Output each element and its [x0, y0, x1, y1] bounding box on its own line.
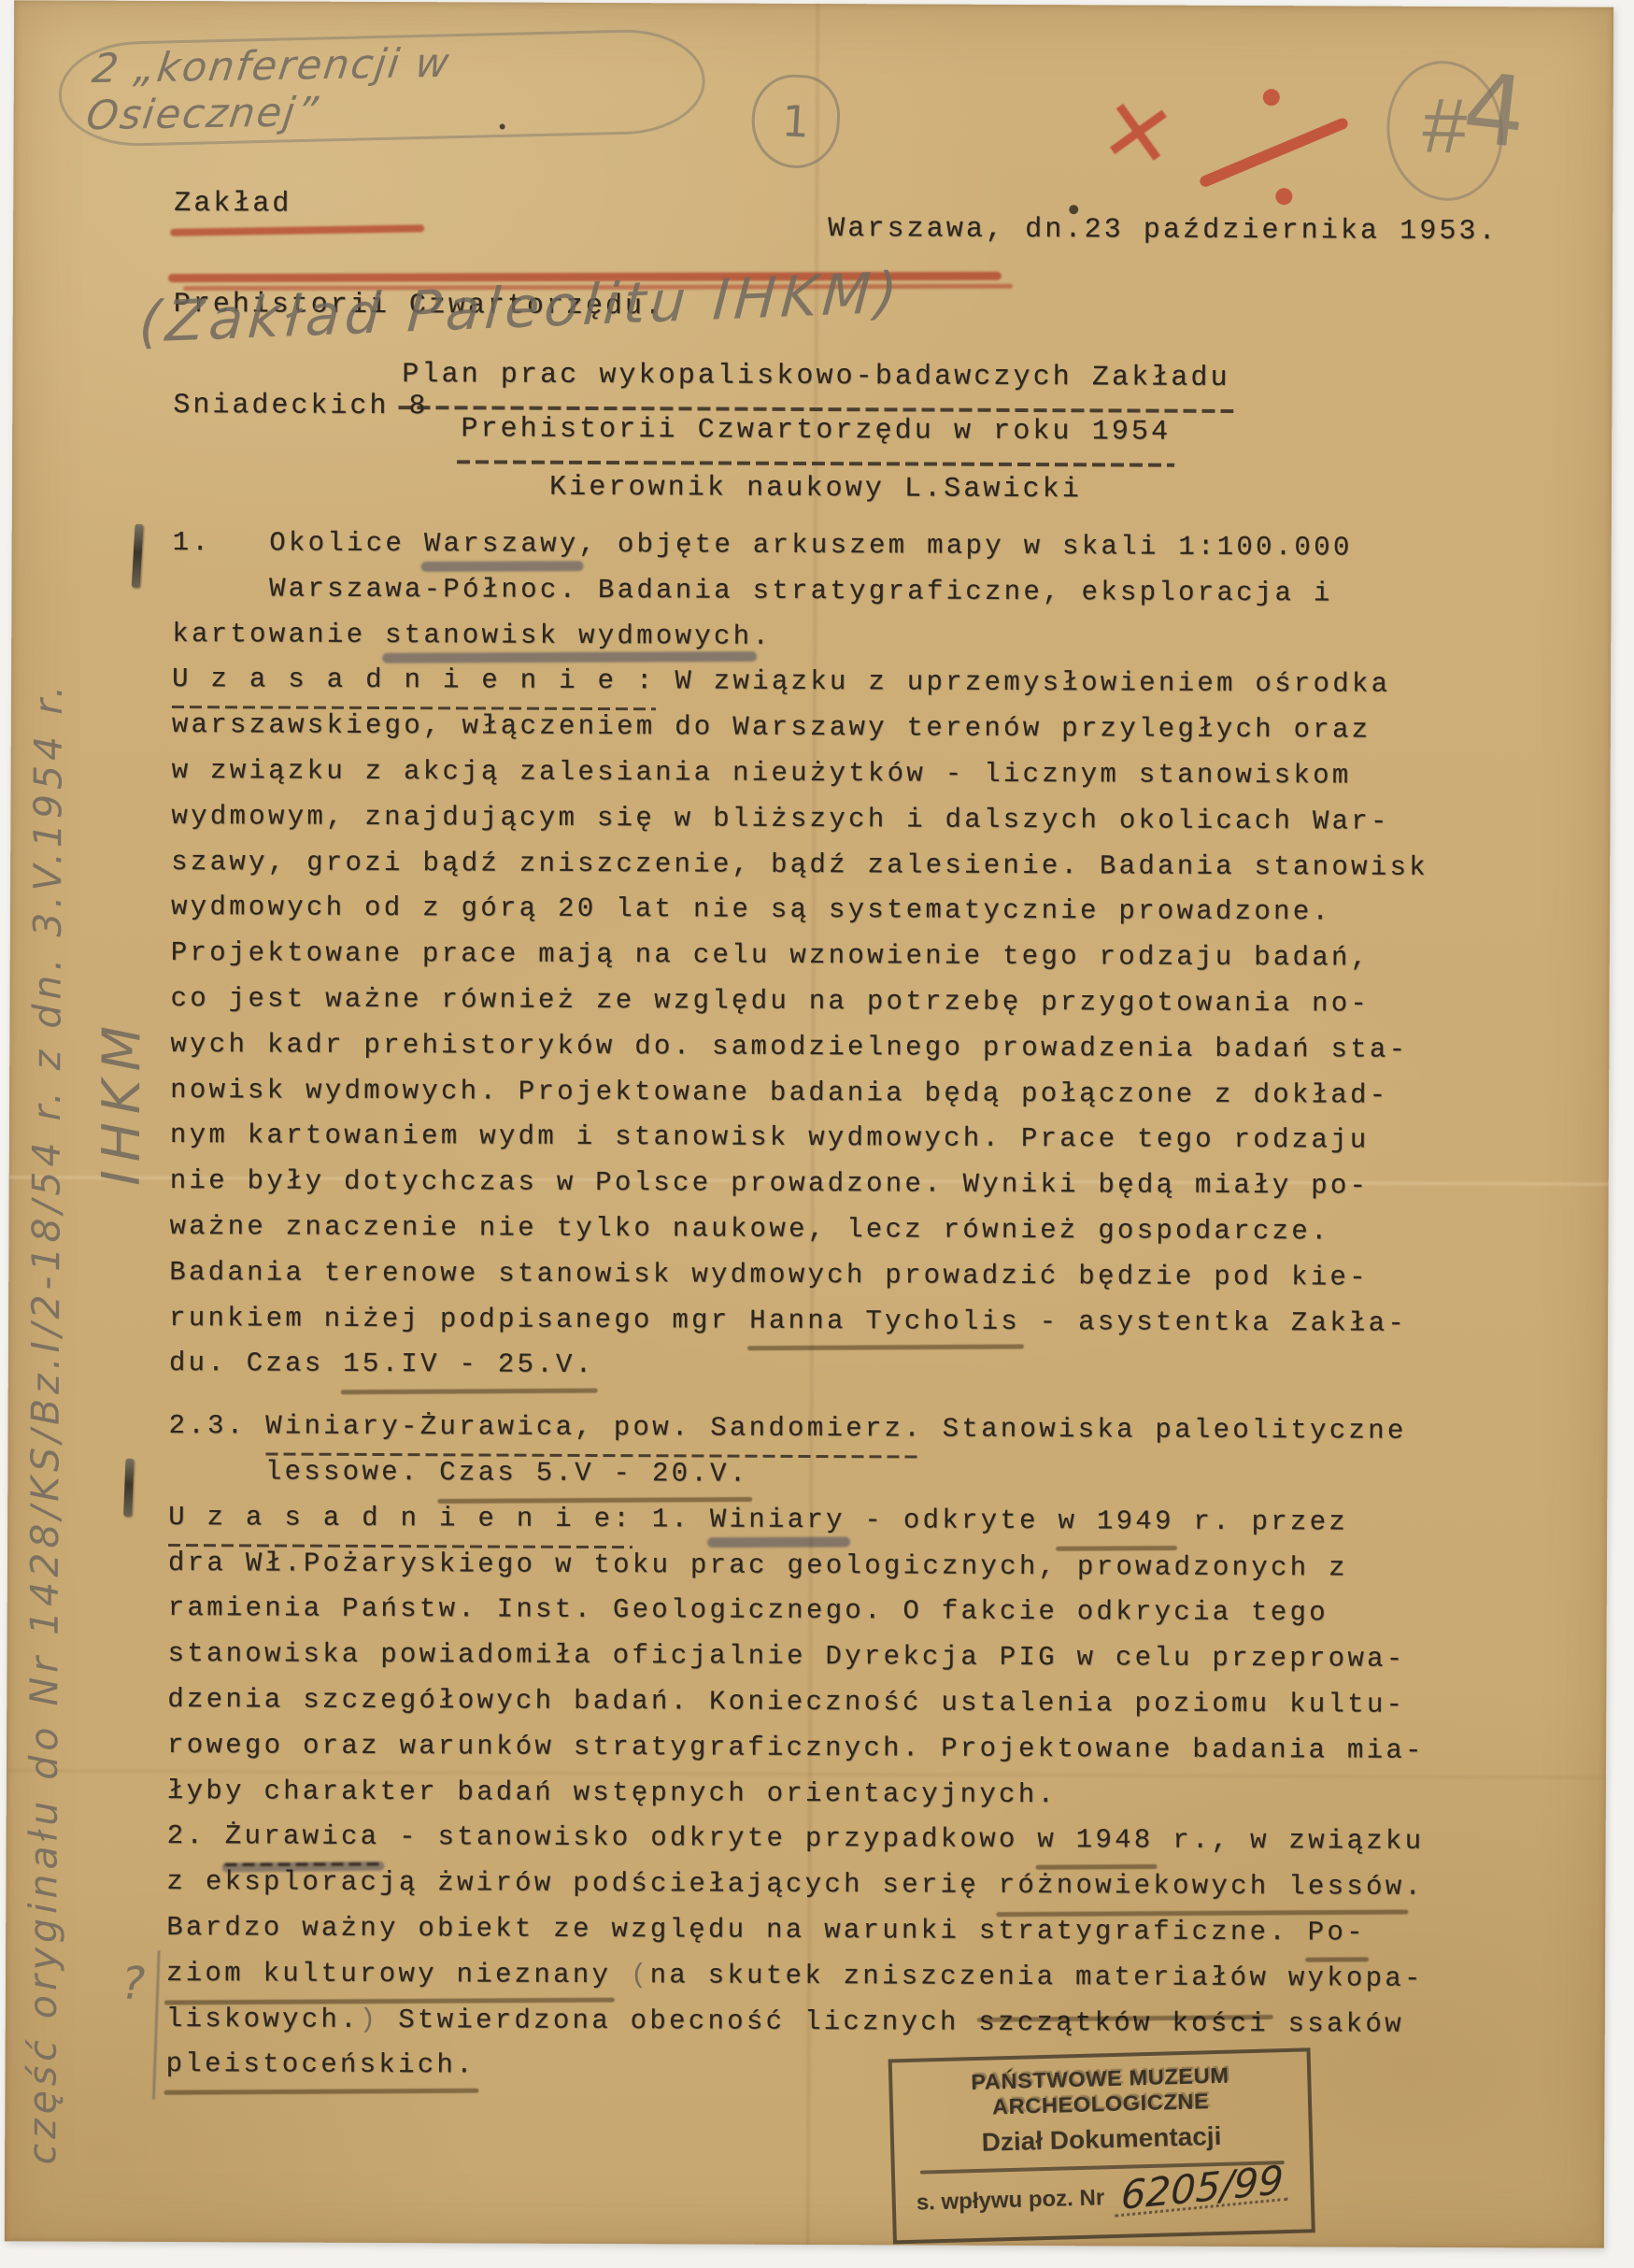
typewriter-line: łyby charakter badań wstępnych orientacy… [167, 1769, 1425, 1820]
typewriter-line: rowego oraz warunków stratygraficznych. … [167, 1723, 1425, 1775]
annotated-text-segment: szczątków kości [978, 2000, 1269, 2047]
annotated-text-segment: 15.IV - 25.V. [343, 1342, 594, 1389]
typewriter-line: ziom kulturowy nieznany (na skutek znisz… [166, 1951, 1424, 2003]
text-segment: ramienia Państw. Inst. Geologicznego. O … [168, 1586, 1329, 1636]
annotated-text-segment: Czas 5.V - 20.V. [439, 1450, 748, 1497]
typewriter-line: co jest ważne również ze względu na potr… [170, 977, 1428, 1028]
typewriter-line: nowisk wydmowych. Projektowane badania b… [170, 1068, 1428, 1120]
annotated-text-segment: Po- [1308, 1910, 1366, 1956]
annotated-text-segment: stanowisk wydmowych [385, 613, 753, 661]
text-segment: . [752, 614, 772, 660]
text-segment: W związku z uprzemysłowieniem ośrodka [656, 660, 1391, 708]
museum-stamp: PAŃSTWOWE MUZEUM ARCHEOLOGICZNE Dział Do… [888, 2047, 1315, 2244]
typewriter-line: wydmowym, znajdującym się w bliższych i … [171, 794, 1428, 846]
typewriter-line: Bardzo ważny obiekt ze względu na warunk… [166, 1905, 1424, 1957]
ink-speck [1069, 205, 1078, 214]
text-segment: r. przez [1174, 1499, 1349, 1546]
text-segment: 2. [167, 1814, 225, 1860]
annotated-text-segment: U z a s a d n i e n i e: [168, 1495, 632, 1543]
margin-pencil-bar [152, 1950, 161, 2100]
title-line3: Kierownik naukowy L.Sawicki [549, 472, 1082, 506]
annotated-text-segment: różnowiekowych lessów [999, 1863, 1405, 1911]
text-segment: 1. [632, 1497, 710, 1543]
typewriter-line: 2. Żurawica - stanowisko odkryte przypad… [167, 1814, 1425, 1865]
annotated-text-segment: U z a s a d n i e n i e : [172, 657, 656, 705]
text-segment: 1. Okolice [173, 521, 424, 567]
typewriter-line: stanowiska powiadomiła oficjalnie Dyrekc… [167, 1632, 1425, 1683]
annotated-text-segment: ) [360, 1997, 379, 2043]
typewriter-line: kartowanie stanowisk wydmowych. [172, 612, 1429, 663]
typewriter-line: U z a s a d n i e n i e: 1. Winiary - od… [168, 1495, 1426, 1547]
stamp-number-handwritten: 6205/99 [1115, 2163, 1290, 2217]
typewriter-line: liskowych.) Stwierdzona obecność licznyc… [166, 1997, 1424, 2048]
text-segment: ważne znaczenie nie tylko naukowe, lecz … [169, 1205, 1329, 1255]
text-segment: nym kartowaniem wydm i stanowisk wydmowy… [170, 1113, 1370, 1163]
paper-sheet: 2 „konferencji w Osiecznej” 1 ✕ # 4 Zakł… [5, 0, 1613, 2247]
text-segment: . [1404, 1865, 1424, 1911]
text-segment: w związku z akcją zalesiania nieużytków … [172, 749, 1352, 799]
typewriter-line: w związku z akcją zalesiania nieużytków … [172, 749, 1429, 800]
staple [132, 524, 144, 588]
text-segment: ssaków [1269, 2002, 1404, 2047]
text-segment: 2.3. [168, 1404, 265, 1449]
title-line1: Plan prac wykopaliskowo-badawczych Zakła… [402, 348, 1230, 406]
text-segment: z eksploracją żwirów podściełających ser… [166, 1860, 998, 1909]
typewriter-line: U z a s a d n i e n i e : W związku z up… [172, 657, 1429, 708]
margin-question-mark: ? [121, 1958, 146, 2010]
annotated-text-segment: ( [631, 1953, 650, 1999]
document-title: Plan prac wykopaliskowo-badawczych Zakła… [255, 347, 1377, 518]
annotated-text-segment: Hanna Tycholis [749, 1298, 1020, 1345]
typewriter-line: wydmowych od z górą 20 lat nie są system… [171, 885, 1428, 936]
text-segment: szawy, grozi bądź zniszczenie, bądź zale… [171, 840, 1428, 892]
text-segment: , objęte arkuszem mapy w skali 1:100.000 [578, 522, 1352, 571]
typewriter-line: Warszawa-Północ. Badania stratygraficzne… [172, 566, 1429, 618]
text-segment: dra Wł.Pożaryskiego w toku prac geologic… [168, 1541, 1348, 1591]
text-segment: liskowych. [166, 1997, 360, 2044]
annotated-text-segment: Winiary [710, 1497, 845, 1543]
annotated-text-segment: Żurawica [225, 1815, 380, 1861]
text-segment: wych kadr prehistoryków do. samodzielneg… [170, 1022, 1408, 1074]
text-segment: Warszawa-Północ. Badania stratygraficzne… [172, 566, 1332, 617]
text-segment: co jest ważne również ze względu na potr… [170, 977, 1370, 1027]
page-number-text: 1 [781, 95, 811, 148]
red-x-mark: ✕ [1093, 78, 1182, 191]
date-line: Warszawa, dn.23 października 1953. [828, 213, 1499, 248]
circled-pencil-note: 2 „konferencji w Osiecznej” [58, 28, 706, 148]
typewriter-line: nym kartowaniem wydm i stanowisk wydmowy… [170, 1113, 1428, 1164]
typewriter-line: wych kadr prehistoryków do. samodzielneg… [170, 1022, 1428, 1074]
text-segment: stanowiska powiadomiła oficjalnie Dyrekc… [167, 1632, 1405, 1683]
typewriter-line: warszawskiego, włączeniem do Warszawy te… [172, 703, 1429, 754]
typewriter-line: runkiem niżej podpisanego mgr Hanna Tych… [169, 1296, 1427, 1348]
typewriter-line: Projektowane prace mają na celu wznowien… [171, 931, 1428, 982]
margin-vertical-note: część oryginału do Nr 1428/KS/Bz.I/2-18/… [20, 681, 71, 2165]
text-segment: na skutek zniszczenia materiałów wykopa- [649, 1953, 1423, 2002]
text-segment: Bardzo ważny obiekt ze względu na warunk… [166, 1905, 1308, 1956]
text-segment: kartowanie [172, 612, 385, 659]
annotated-text-segment: Winiary-Żurawica, pow. Sandomierz. [265, 1405, 923, 1453]
text-segment: nie były dotychczas w Polsce prowadzone.… [170, 1159, 1370, 1209]
typewriter-line: dra Wł.Pożaryskiego w toku prac geologic… [168, 1541, 1426, 1592]
typewriter-line: dzenia szczegółowych badań. Konieczność … [167, 1677, 1425, 1729]
annotated-text-segment: w 1948 [1037, 1818, 1153, 1863]
typewriter-line: z eksploracją żwirów podściełających ser… [166, 1860, 1424, 1911]
text-segment: wydmowym, znajdującym się w bliższych i … [171, 794, 1389, 845]
text-segment: lessowe. [168, 1449, 439, 1496]
text-segment [611, 1953, 631, 1999]
annotated-text-segment: ziom kulturowy nieznany [166, 1951, 611, 1999]
typewriter-line: ważne znaczenie nie tylko naukowe, lecz … [169, 1205, 1427, 1256]
text-segment: r., w związku [1153, 1819, 1424, 1865]
letterhead-line1: Zakład [174, 188, 291, 221]
stamp-institution: PAŃSTWOWE MUZEUM ARCHEOLOGICZNE [896, 2061, 1305, 2123]
text-segment: runkiem niżej podpisanego mgr [169, 1296, 749, 1345]
text-segment: Badania terenowe stanowisk wydmowych pro… [169, 1250, 1369, 1301]
text-segment: wydmowych od z górą 20 lat nie są system… [171, 885, 1331, 935]
red-division-mark [1192, 82, 1354, 207]
text-segment: du. Czas [169, 1341, 344, 1388]
text-segment: - stanowisko odkryte przypadkowo [379, 1815, 1037, 1863]
annotated-text-segment: w 1949 [1058, 1499, 1173, 1545]
text-segment: łyby charakter badań wstępnych orientacy… [167, 1769, 1058, 1819]
circled-note-text: 2 „konferencji w Osiecznej” [84, 36, 680, 140]
text-segment: nowisk wydmowych. Projektowane badania b… [170, 1068, 1388, 1119]
document-body: 1. Okolice Warszawy, objęte arkuszem map… [165, 521, 1429, 2093]
text-segment: Stanowiska paleolityczne [923, 1407, 1407, 1455]
staple [123, 1459, 134, 1517]
annotated-text-segment: pleistoceńskich. [165, 2042, 475, 2089]
text-segment: warszawskiego, włączeniem do Warszawy te… [172, 703, 1371, 753]
text-segment: - asystentka Zakła- [1020, 1300, 1407, 1348]
ink-speck [500, 124, 505, 130]
text-segment: Stwierdzona obecność licznych [378, 1998, 978, 2047]
annotated-text-segment: Warszawy [424, 521, 579, 568]
typewriter-line: 1. Okolice Warszawy, objęte arkuszem map… [173, 521, 1430, 572]
typewriter-line: ramienia Państw. Inst. Geologicznego. O … [168, 1586, 1426, 1637]
typewriter-line: nie były dotychczas w Polsce prowadzone.… [170, 1159, 1428, 1210]
text-segment: dzenia szczegółowych badań. Konieczność … [167, 1677, 1405, 1729]
typewriter-line: szawy, grozi bądź zniszczenie, bądź zale… [171, 840, 1428, 892]
stamp-department: Dział Dokumentacji [903, 2119, 1300, 2160]
corner-number: 4 [1457, 50, 1531, 170]
typewriter-line: Badania terenowe stanowisk wydmowych pro… [169, 1250, 1427, 1302]
text-segment: Projektowane prace mają na celu wznowien… [171, 931, 1371, 981]
typewriter-line: 2.3. Winiary-Żurawica, pow. Sandomierz. … [168, 1404, 1426, 1455]
margin-ihkm-note: IHKM [92, 1018, 153, 1186]
stamp-number-label: s. wpływu poz. Nr [916, 2185, 1105, 2216]
text-segment: rowego oraz warunków stratygraficznych. … [167, 1723, 1425, 1775]
scanned-document-page: 2 „konferencji w Osiecznej” 1 ✕ # 4 Zakł… [0, 0, 1634, 2268]
text-segment: - odkryte [845, 1498, 1059, 1545]
circled-page-number: 1 [749, 72, 843, 170]
title-line2: Prehistorii Czwartorzędu w roku 1954 [461, 402, 1171, 459]
